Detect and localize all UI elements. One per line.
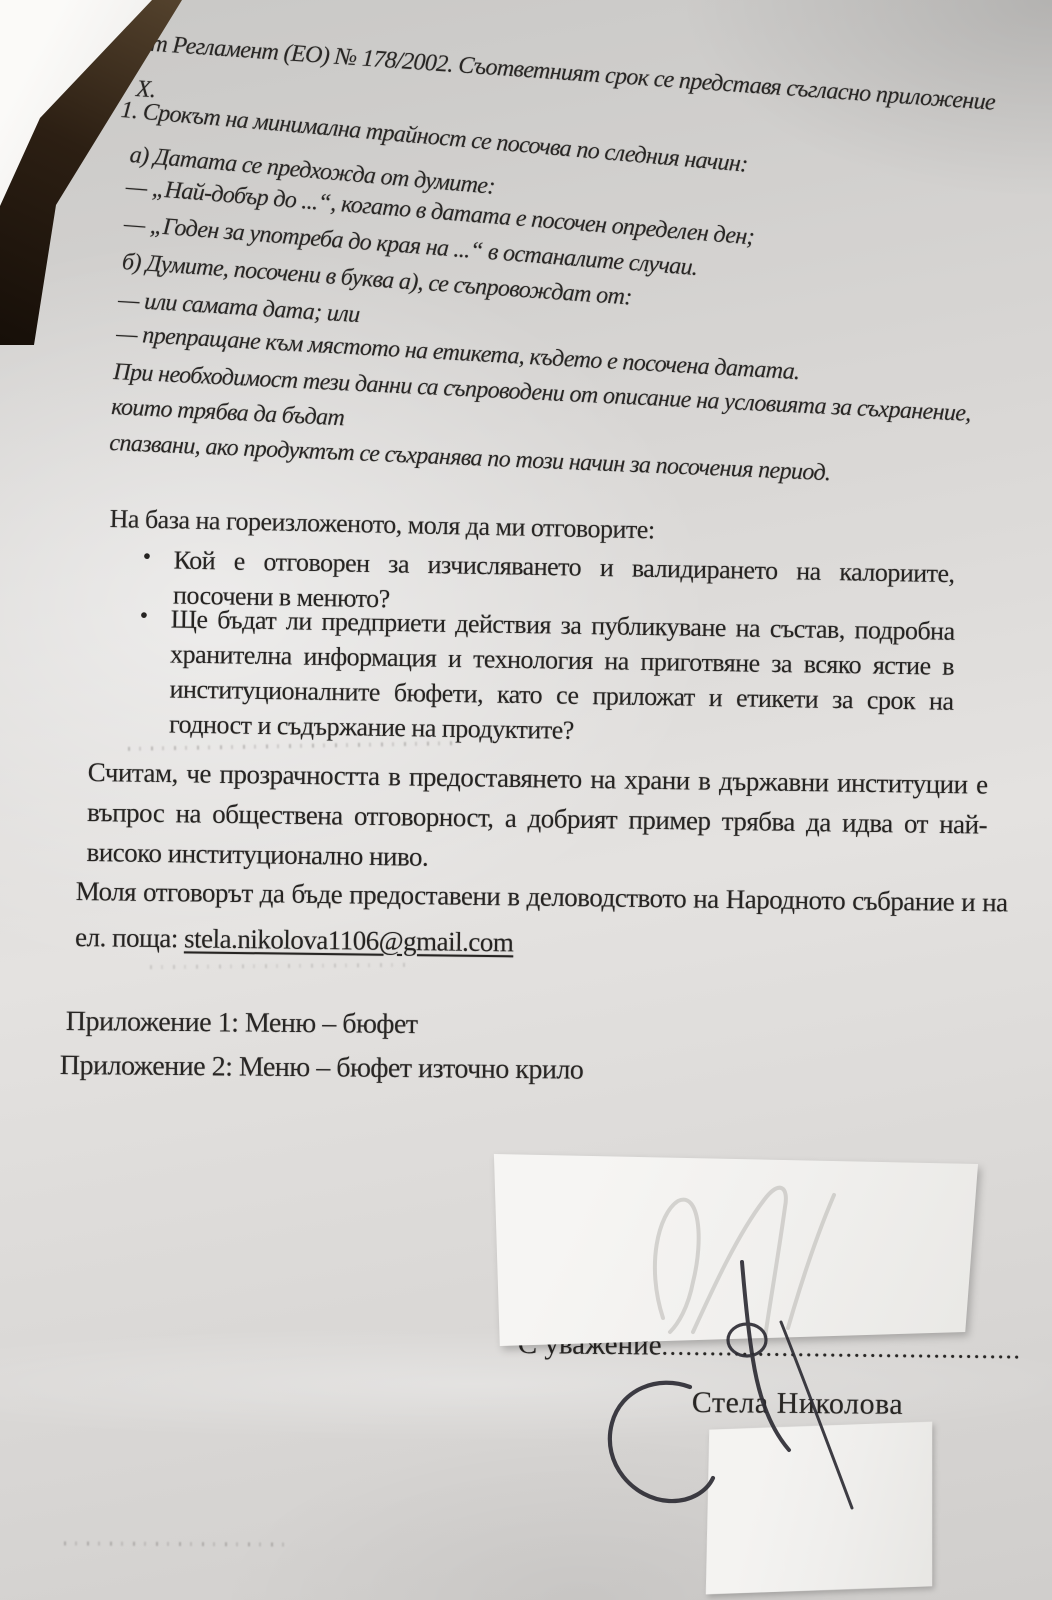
- statement-paragraph: Считам, че прозрачността в предоставянет…: [86, 752, 988, 885]
- bullet-icon: •: [138, 601, 154, 741]
- signature-name: Стела Николова: [692, 1386, 904, 1422]
- bullet-text: Ще бъдат ли предприети действия за публи…: [169, 601, 955, 753]
- white-cover-strip: [488, 1146, 980, 1346]
- signature-showing-through: [488, 1146, 980, 1346]
- white-cover-square-paper: [702, 1422, 935, 1595]
- attachment-line-1: Приложение 1: Меню – бюфет: [66, 1006, 418, 1041]
- white-cover-strip-paper: [488, 1146, 980, 1346]
- email-address: stela.nikolova1106@gmail.com: [184, 923, 514, 957]
- attachment-line-2: Приложение 2: Меню – бюфет източно крило: [60, 1050, 584, 1087]
- bullet-item: • Ще бъдат ли предприети действия за пуб…: [138, 601, 955, 754]
- white-cover-square: [702, 1422, 935, 1595]
- delivery-paragraph: Моля отговорът да бъде предоставени в де…: [75, 868, 1008, 971]
- photo-of-document: от Регламент (ЕО) № 178/2002. Съответния…: [0, 0, 1052, 1600]
